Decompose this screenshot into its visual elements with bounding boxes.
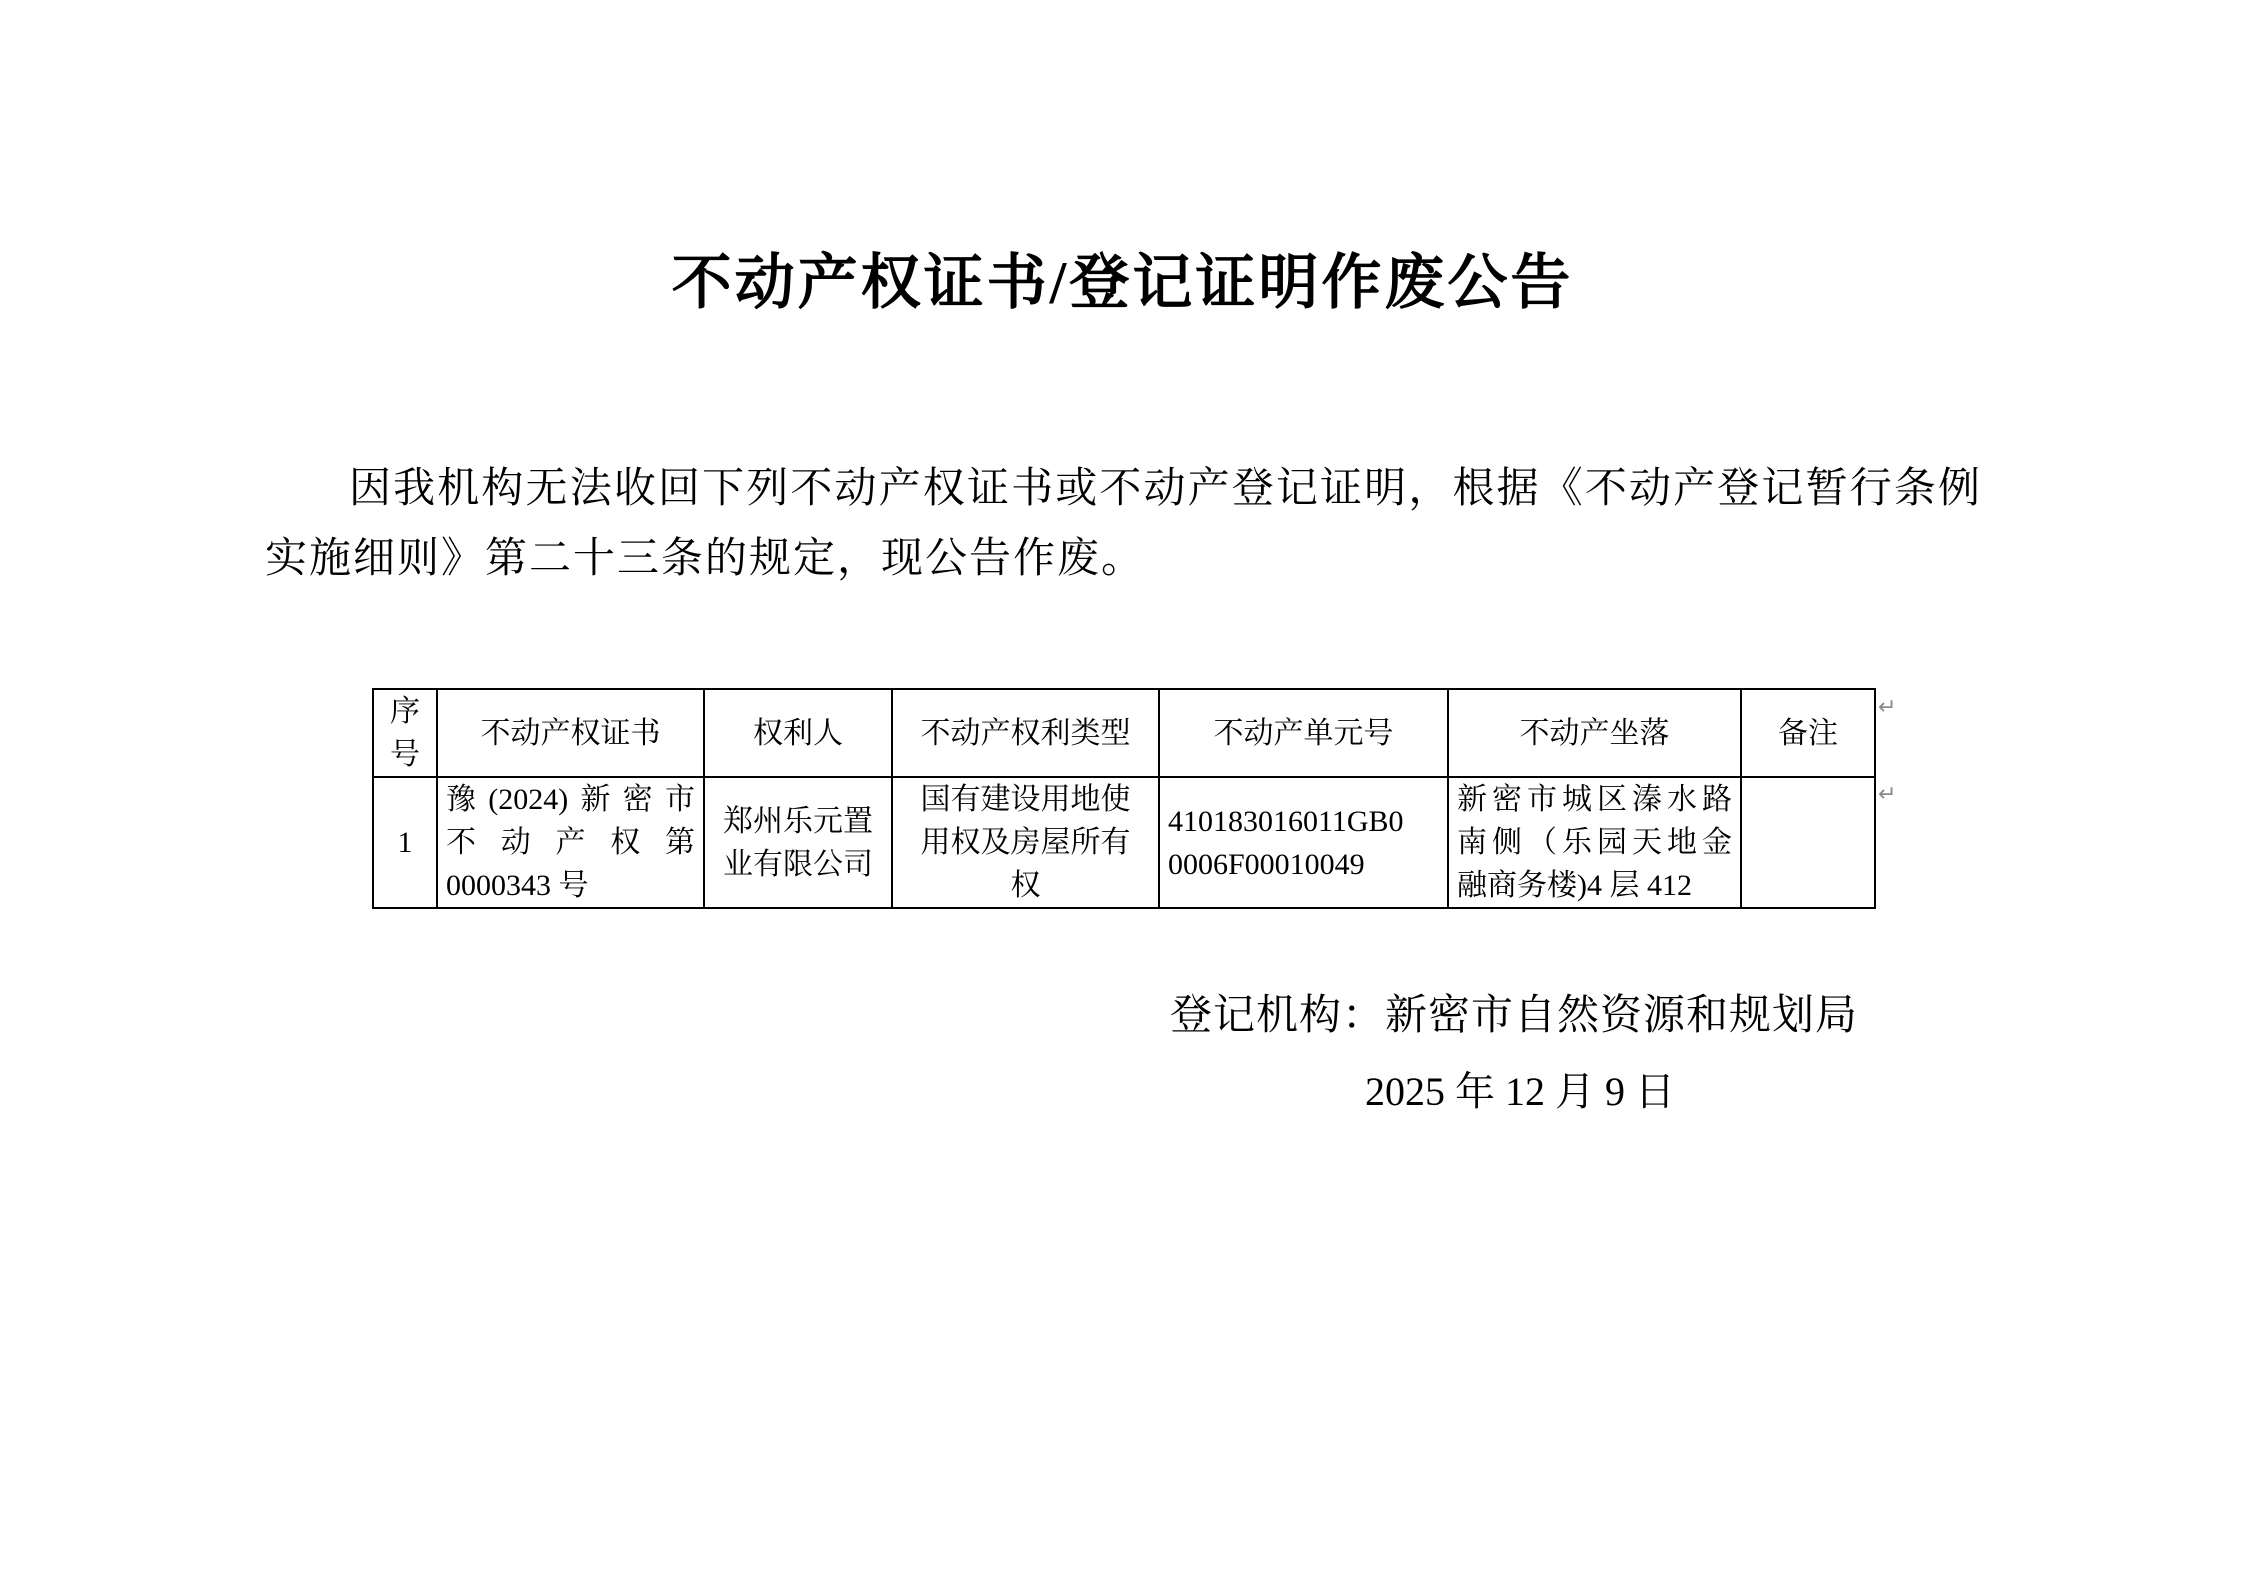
notice-paragraph-line-1: 因我机构无法收回下列不动产权证书或不动产登记证明，根据《不动产登记暂行条例 (265, 454, 1980, 524)
certificate-line-3: 0000343 号 (446, 864, 695, 907)
cell-seq: 1 (373, 777, 437, 908)
column-header-seq: 序号 (373, 689, 437, 777)
cell-right-type: 国有建设用地使 用权及房屋所有 权 (892, 777, 1159, 908)
table-header-row: 序号 不动产权证书 权利人 不动产权利类型 不动产单元号 不动产坐落 备注 (373, 689, 1875, 777)
column-header-remark: 备注 (1741, 689, 1875, 777)
certificates-table: 序号 不动产权证书 权利人 不动产权利类型 不动产单元号 不动产坐落 备注 1 … (372, 688, 1876, 909)
cell-location: 新密市城区溱水路 南侧（乐园天地金 融商务楼)4 层 412 (1448, 777, 1741, 908)
right-type-line-3: 权 (901, 864, 1150, 907)
column-header-location: 不动产坐落 (1448, 689, 1741, 777)
holder-line-2: 业有限公司 (713, 843, 883, 886)
notice-paragraph: 因我机构无法收回下列不动产权证书或不动产登记证明，根据《不动产登记暂行条例 实施… (265, 454, 1980, 594)
table-row: 1 豫(2024)新密市 不动产权第 0000343 号 郑州乐元置 业有限公司… (373, 777, 1875, 908)
unit-no-line-1: 410183016011GB0 (1168, 800, 1439, 843)
registry-authority-line: 登记机构：新密市自然资源和规划局 (1170, 986, 1858, 1046)
certificate-line-1: 豫(2024)新密市 (446, 778, 695, 821)
holder-line-1: 郑州乐元置 (713, 800, 883, 843)
document-page: 不动产权证书/登记证明作废公告 因我机构无法收回下列不动产权证书或不动产登记证明… (0, 0, 2245, 1587)
location-line-1: 新密市城区溱水路 (1457, 778, 1732, 821)
right-type-line-2: 用权及房屋所有 (901, 821, 1150, 864)
right-type-line-1: 国有建设用地使 (901, 778, 1150, 821)
notice-date: 2025 年 12 月 9 日 (1350, 1064, 1690, 1120)
column-header-unit-no: 不动产单元号 (1159, 689, 1448, 777)
certificate-line-2: 不动产权第 (446, 821, 695, 864)
page-title: 不动产权证书/登记证明作废公告 (0, 248, 2245, 318)
paragraph-mark-icon: ↵ (1878, 784, 1896, 806)
paragraph-mark-icon: ↵ (1878, 697, 1896, 719)
cell-remark (1741, 777, 1875, 908)
column-header-holder: 权利人 (704, 689, 892, 777)
unit-no-line-2: 0006F00010049 (1168, 843, 1439, 886)
notice-paragraph-line-2: 实施细则》第二十三条的规定，现公告作废。 (265, 524, 1980, 594)
column-header-certificate: 不动产权证书 (437, 689, 704, 777)
location-line-2: 南侧（乐园天地金 (1457, 821, 1732, 864)
cell-holder: 郑州乐元置 业有限公司 (704, 777, 892, 908)
cell-certificate: 豫(2024)新密市 不动产权第 0000343 号 (437, 777, 704, 908)
column-header-right-type: 不动产权利类型 (892, 689, 1159, 777)
location-line-3: 融商务楼)4 层 412 (1457, 864, 1732, 907)
cell-unit-no: 410183016011GB0 0006F00010049 (1159, 777, 1448, 908)
